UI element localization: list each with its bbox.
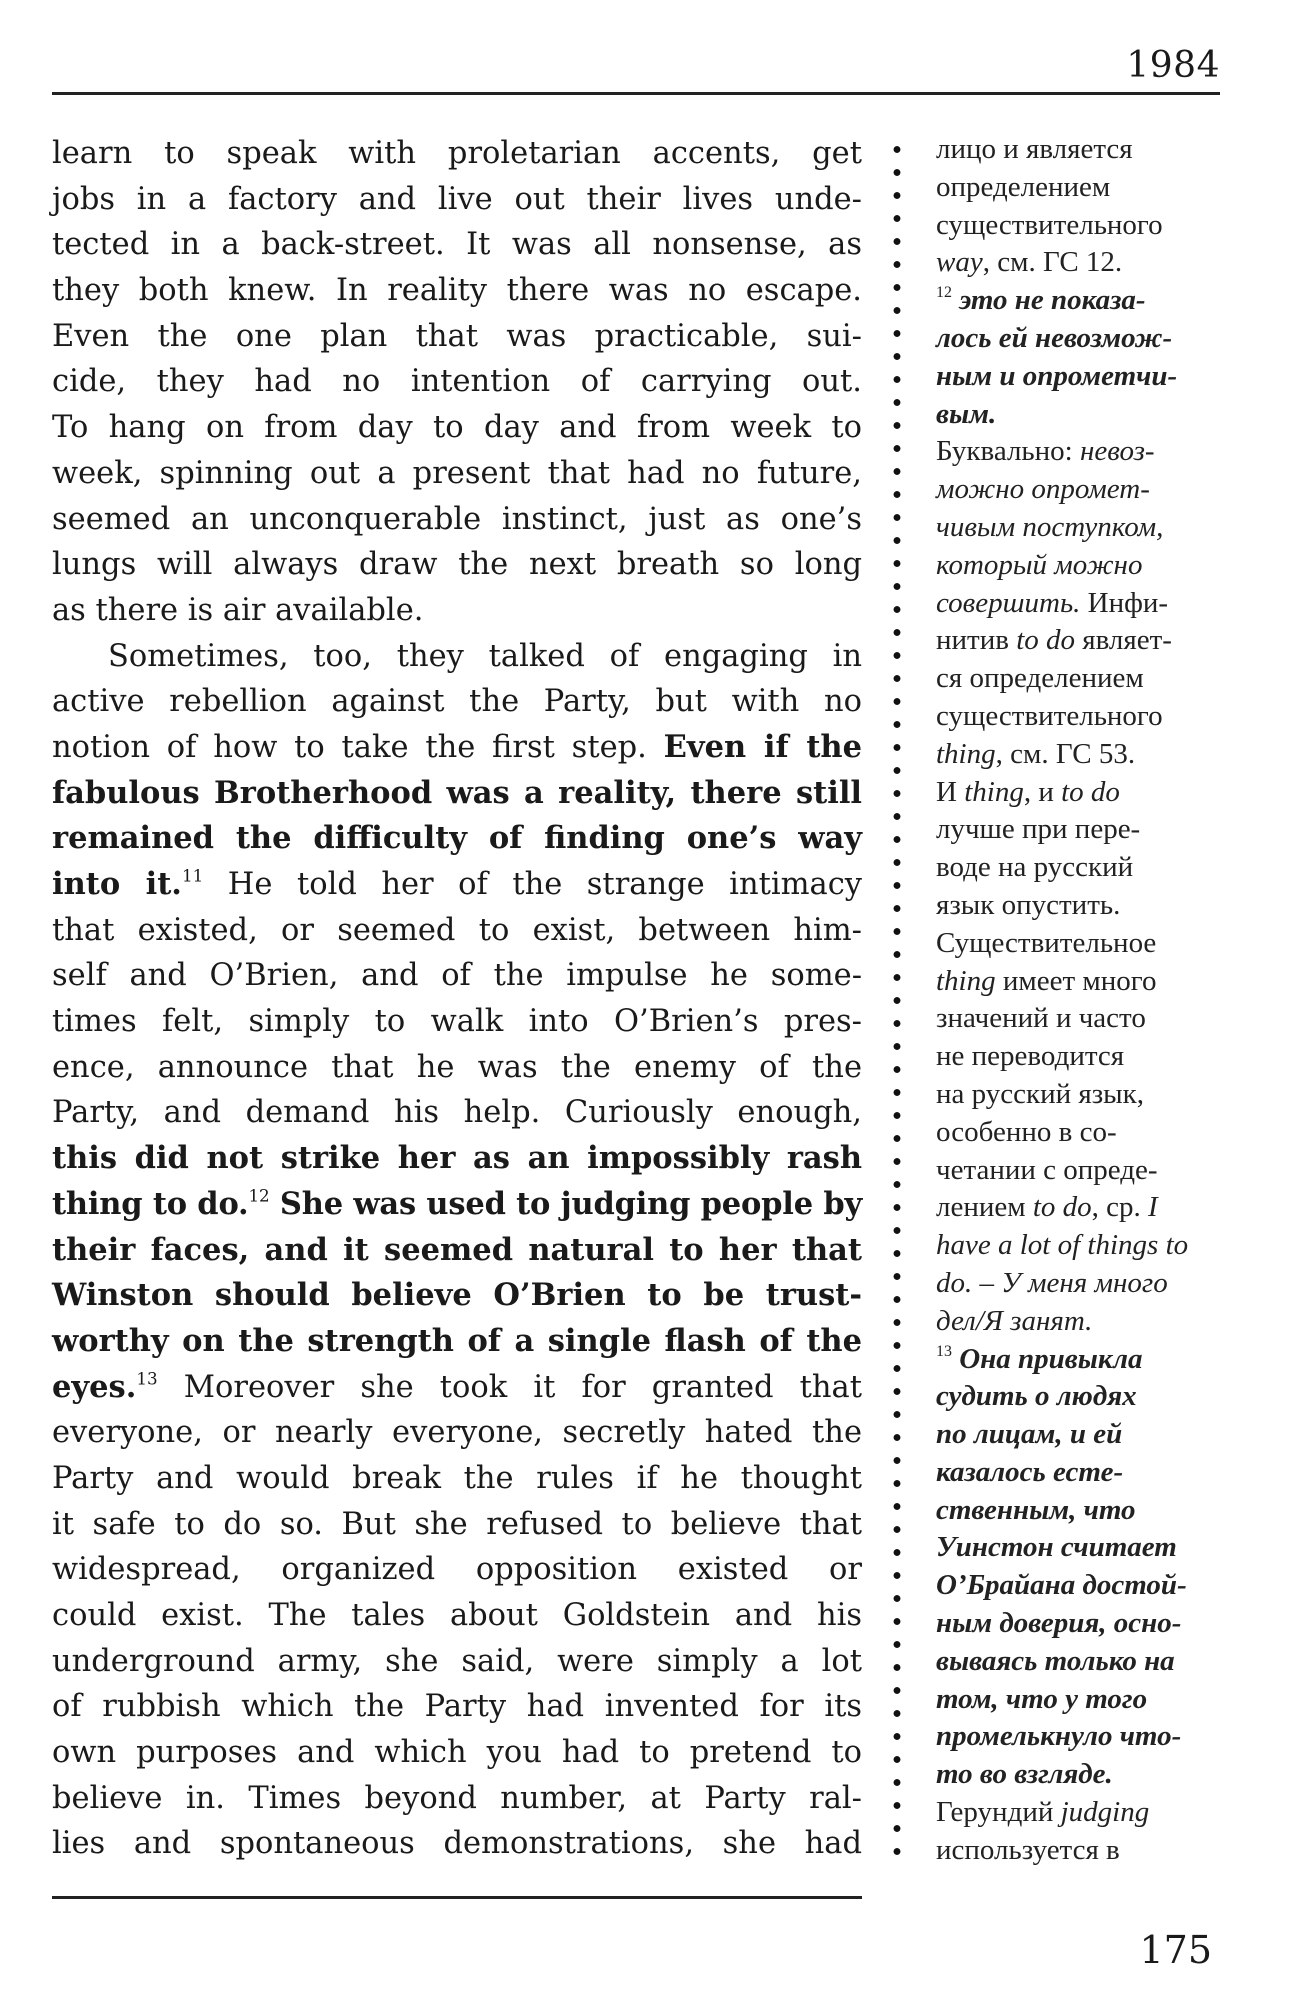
line-content: lies and spontaneous demonstrations, she… bbox=[52, 1826, 862, 1861]
note-line: лучше при пере- bbox=[936, 811, 1236, 849]
note-line: ным доверия, осно- bbox=[936, 1605, 1236, 1643]
footnote-marker: 12 bbox=[249, 1185, 270, 1205]
note-line: особенно в со- bbox=[936, 1114, 1236, 1152]
text-segment: He told her of the strange intimacy bbox=[203, 867, 862, 902]
line-content: everyone, or nearly everyone, secretly h… bbox=[52, 1415, 862, 1450]
italic-text: to do bbox=[1016, 624, 1075, 656]
text-segment: tected in a back-street. It was all nons… bbox=[52, 227, 862, 262]
note-line: совершить. Инфи- bbox=[936, 585, 1236, 623]
italic-text: дел/Я занят. bbox=[936, 1305, 1092, 1337]
text-segment: notion of how to take the first step. bbox=[52, 730, 664, 765]
line-content: вываясь только на bbox=[936, 1645, 1175, 1677]
text-line: this did not strike her as an impossibly… bbox=[52, 1136, 862, 1182]
note-line: лось ей невозмож- bbox=[936, 320, 1236, 358]
line-content: ным доверия, осно- bbox=[936, 1607, 1181, 1639]
line-content: то во взгляде. bbox=[936, 1758, 1113, 1790]
text-segment: own purposes and which you had to preten… bbox=[52, 1735, 862, 1770]
line-content: ся определением bbox=[936, 662, 1144, 694]
line-content: that existed, or seemed to exist, betwee… bbox=[52, 913, 862, 948]
line-content: To hang on from day to day and from week… bbox=[52, 410, 862, 445]
text-segment: times felt, simply to walk into O’Brien’… bbox=[52, 1004, 862, 1039]
bold-italic-text: то во взгляде. bbox=[936, 1758, 1113, 1790]
line-content: Party and would break the rules if he th… bbox=[52, 1461, 862, 1496]
note-line: язык опустить. bbox=[936, 887, 1236, 925]
text-segment: as there is air available. bbox=[52, 593, 423, 628]
note-line: том, что у того bbox=[936, 1681, 1236, 1719]
line-content: Буквально: невоз- bbox=[936, 435, 1155, 467]
text-segment: Буквально: bbox=[936, 435, 1080, 467]
running-head-title: 1984 bbox=[1100, 44, 1220, 88]
text-segment: имеет много bbox=[996, 965, 1157, 997]
text-segment: , ср. bbox=[1092, 1191, 1148, 1223]
text-line: Winston should believe O’Brien to be tru… bbox=[52, 1273, 862, 1319]
bold-text: worthy on the strength of a single flash… bbox=[52, 1323, 862, 1359]
text-line: fabulous Brotherhood was a reality, ther… bbox=[52, 771, 862, 817]
text-line: jobs in a factory and live out their liv… bbox=[52, 177, 862, 223]
italic-text: который можно bbox=[936, 549, 1142, 581]
text-segment: lies and spontaneous demonstrations, she… bbox=[52, 1826, 862, 1861]
bold-italic-text: вываясь только на bbox=[936, 1645, 1175, 1677]
bold-text: eyes. bbox=[52, 1369, 136, 1405]
line-content: worthy on the strength of a single flash… bbox=[52, 1324, 862, 1359]
footer-rule bbox=[52, 1896, 862, 1899]
text-line: lies and spontaneous demonstrations, she… bbox=[52, 1821, 862, 1867]
bold-italic-text: казалось есте- bbox=[936, 1456, 1123, 1488]
bold-italic-text: ственным, что bbox=[936, 1494, 1136, 1526]
line-content: lungs will always draw the next breath s… bbox=[52, 547, 862, 582]
note-line: который можно bbox=[936, 547, 1236, 585]
note-line: можно опромет- bbox=[936, 471, 1236, 509]
italic-text: to do bbox=[1033, 1191, 1092, 1223]
line-content: own purposes and which you had to preten… bbox=[52, 1735, 862, 1770]
bold-italic-text: вым. bbox=[936, 398, 996, 430]
text-segment: seemed an unconquerable instinct, just a… bbox=[52, 502, 862, 537]
bold-italic-text: судить о людях bbox=[936, 1380, 1137, 1412]
text-segment: И bbox=[936, 776, 964, 808]
line-content: this did not strike her as an impossibly… bbox=[52, 1141, 862, 1176]
line-content: нитив to do являет- bbox=[936, 624, 1172, 656]
text-segment: воде на русский bbox=[936, 851, 1133, 883]
line-content: they both knew. In reality there was no … bbox=[52, 273, 862, 308]
line-content: вым. bbox=[936, 398, 996, 430]
text-line: of rubbish which the Party had invented … bbox=[52, 1684, 862, 1730]
header-rule bbox=[52, 92, 1220, 95]
text-line: times felt, simply to walk into O’Brien’… bbox=[52, 999, 862, 1045]
note-line: have a lot of things to bbox=[936, 1227, 1236, 1265]
line-content: можно опромет- bbox=[936, 473, 1150, 505]
line-content: jobs in a factory and live out their liv… bbox=[52, 182, 862, 217]
text-segment: Герундий bbox=[936, 1796, 1061, 1828]
note-line: лицо и является bbox=[936, 131, 1236, 169]
bold-text: thing to do. bbox=[52, 1186, 249, 1222]
line-content: четании с опреде- bbox=[936, 1154, 1158, 1186]
italic-text: thing bbox=[964, 776, 1024, 808]
italic-text: have a lot of things to bbox=[936, 1229, 1188, 1261]
note-line: дел/Я занят. bbox=[936, 1303, 1236, 1341]
note-line: Герундий judging bbox=[936, 1794, 1236, 1832]
italic-text: совершить. bbox=[936, 587, 1080, 619]
italic-text: можно опромет- bbox=[936, 473, 1150, 505]
line-content: could exist. The tales about Goldstein a… bbox=[52, 1598, 862, 1633]
note-line: thing имеет много bbox=[936, 963, 1236, 1001]
text-segment: существительного bbox=[936, 700, 1163, 732]
note-line: существительного bbox=[936, 698, 1236, 736]
text-line: To hang on from day to day and from week… bbox=[52, 405, 862, 451]
text-line: Sometimes, too, they talked of engaging … bbox=[52, 634, 862, 680]
line-content: казалось есте- bbox=[936, 1456, 1123, 1488]
line-content: не переводится bbox=[936, 1040, 1124, 1072]
text-line: everyone, or nearly everyone, secretly h… bbox=[52, 1410, 862, 1456]
footnote-marker: 13 bbox=[136, 1368, 157, 1388]
line-content: на русский язык, bbox=[936, 1078, 1144, 1110]
bold-italic-text: лось ей невозмож- bbox=[936, 322, 1172, 354]
italic-text: чивым поступком, bbox=[936, 511, 1163, 543]
line-content: язык опустить. bbox=[936, 889, 1120, 921]
text-segment: self and O’Brien, and of the impulse he … bbox=[52, 958, 862, 993]
line-content: Уинстон считает bbox=[936, 1531, 1177, 1563]
note-line: do. – У меня много bbox=[936, 1265, 1236, 1303]
line-content: лицо и является bbox=[936, 133, 1133, 165]
line-content: 13 Она привыкла bbox=[936, 1343, 1142, 1375]
line-content: have a lot of things to bbox=[936, 1229, 1188, 1261]
main-text-column: learn to speak with proletarian accents,… bbox=[52, 131, 862, 1867]
page-number: 175 bbox=[1100, 1928, 1212, 1972]
note-line: ственным, что bbox=[936, 1492, 1236, 1530]
note-line: Буквально: невоз- bbox=[936, 433, 1236, 471]
line-content: промелькнуло что- bbox=[936, 1720, 1181, 1752]
text-line: widespread, organized opposition existed… bbox=[52, 1547, 862, 1593]
note-line: судить о людях bbox=[936, 1378, 1236, 1416]
line-content: существительного bbox=[936, 209, 1163, 241]
line-content: cide, they had no intention of carrying … bbox=[52, 364, 862, 399]
text-segment: that existed, or seemed to exist, betwee… bbox=[52, 913, 862, 948]
text-segment: нитив bbox=[936, 624, 1016, 656]
text-segment: язык опустить. bbox=[936, 889, 1120, 921]
note-line: Уинстон считает bbox=[936, 1529, 1236, 1567]
line-content: лось ей невозмож- bbox=[936, 322, 1172, 354]
line-content: notion of how to take the first step. Ev… bbox=[52, 730, 862, 765]
text-segment: Party, and demand his help. Curiously en… bbox=[52, 1095, 862, 1130]
line-content: Sometimes, too, they talked of engaging … bbox=[108, 639, 862, 674]
line-content: определением bbox=[936, 171, 1110, 203]
line-content: том, что у того bbox=[936, 1683, 1147, 1715]
line-content: learn to speak with proletarian accents,… bbox=[52, 136, 862, 171]
line-content: thing имеет много bbox=[936, 965, 1156, 997]
bold-text: into it. bbox=[52, 866, 182, 902]
line-content: widespread, organized opposition existed… bbox=[52, 1552, 862, 1587]
text-segment: лицо и является bbox=[936, 133, 1133, 165]
text-line: that existed, or seemed to exist, betwee… bbox=[52, 908, 862, 954]
line-content: Существительное bbox=[936, 927, 1156, 959]
line-content: week, spinning out a present that had no… bbox=[52, 456, 862, 491]
text-segment: Even the one plan that was practicable, … bbox=[52, 319, 862, 354]
text-line: thing to do.12 She was used to judging p… bbox=[52, 1182, 862, 1228]
note-line: thing, см. ГС 53. bbox=[936, 736, 1236, 774]
text-segment: they both knew. In reality there was no … bbox=[52, 273, 862, 308]
italic-text: judging bbox=[1061, 1796, 1150, 1828]
text-segment: , см. ГС 53. bbox=[996, 738, 1135, 770]
italic-text: do. – У меня много bbox=[936, 1267, 1168, 1299]
text-line: their faces, and it seemed natural to he… bbox=[52, 1228, 862, 1274]
note-line: используется в bbox=[936, 1832, 1236, 1870]
line-content: который можно bbox=[936, 549, 1142, 581]
note-line: 13 Она привыкла bbox=[936, 1341, 1236, 1379]
note-line: вым. bbox=[936, 396, 1236, 434]
note-line: чивым поступком, bbox=[936, 509, 1236, 547]
text-segment: Существительное bbox=[936, 927, 1156, 959]
line-content: of rubbish which the Party had invented … bbox=[52, 1689, 862, 1724]
text-segment: ся определением bbox=[936, 662, 1144, 694]
line-content: ственным, что bbox=[936, 1494, 1136, 1526]
text-segment: Sometimes, too, they talked of engaging … bbox=[108, 639, 862, 674]
text-segment: лучше при пере- bbox=[936, 813, 1140, 845]
line-content: it safe to do so. But she refused to bel… bbox=[52, 1507, 862, 1542]
note-line: казалось есте- bbox=[936, 1454, 1236, 1492]
line-content: thing, см. ГС 53. bbox=[936, 738, 1135, 770]
line-content: значений и часто bbox=[936, 1002, 1146, 1034]
line-content: active rebellion against the Party, but … bbox=[52, 684, 862, 719]
line-content: into it.11 He told her of the strange in… bbox=[52, 867, 862, 902]
dotted-column-separator bbox=[893, 138, 901, 1864]
italic-text: to do bbox=[1061, 776, 1120, 808]
line-content: tected in a back-street. It was all nons… bbox=[52, 227, 862, 262]
line-content: thing to do.12 She was used to judging p… bbox=[52, 1187, 862, 1222]
note-line: О’Брайана достой- bbox=[936, 1567, 1236, 1605]
bold-text: this did not strike her as an impossibly… bbox=[52, 1140, 862, 1176]
line-content: О’Брайана достой- bbox=[936, 1569, 1187, 1601]
text-segment: ence, announce that he was the enemy of … bbox=[52, 1050, 862, 1085]
line-content: лучше при пере- bbox=[936, 813, 1140, 845]
line-content: по лицам, и ей bbox=[936, 1418, 1122, 1450]
text-segment: существительного bbox=[936, 209, 1163, 241]
bold-text: Winston should believe O’Brien to be tru… bbox=[52, 1277, 862, 1313]
text-segment: особенно в со- bbox=[936, 1116, 1117, 1148]
text-segment: на русский язык, bbox=[936, 1078, 1144, 1110]
note-line: определением bbox=[936, 169, 1236, 207]
text-segment: , и bbox=[1024, 776, 1061, 808]
note-line: way, см. ГС 12. bbox=[936, 244, 1236, 282]
line-content: do. – У меня много bbox=[936, 1267, 1168, 1299]
line-content: as there is air available. bbox=[52, 593, 423, 628]
note-line: промелькнуло что- bbox=[936, 1718, 1236, 1756]
line-content: особенно в со- bbox=[936, 1116, 1117, 1148]
note-line: ся определением bbox=[936, 660, 1236, 698]
text-line: own purposes and which you had to preten… bbox=[52, 1730, 862, 1776]
text-segment: Party and would break the rules if he th… bbox=[52, 1461, 862, 1496]
text-segment: underground army, she said, were simply … bbox=[52, 1644, 862, 1679]
text-segment: could exist. The tales about Goldstein a… bbox=[52, 1598, 862, 1633]
footnote-marker: 11 bbox=[182, 865, 203, 885]
text-segment: To hang on from day to day and from week… bbox=[52, 410, 862, 445]
line-content: way, см. ГС 12. bbox=[936, 246, 1122, 278]
italic-text: thing bbox=[936, 738, 996, 770]
text-line: seemed an unconquerable instinct, just a… bbox=[52, 497, 862, 543]
bold-italic-text: промелькнуло что- bbox=[936, 1720, 1181, 1752]
text-line: learn to speak with proletarian accents,… bbox=[52, 131, 862, 177]
text-line: notion of how to take the first step. Ev… bbox=[52, 725, 862, 771]
note-line: лением to do, ср. I bbox=[936, 1189, 1236, 1227]
text-line: it safe to do so. But she refused to bel… bbox=[52, 1502, 862, 1548]
italic-text: I bbox=[1148, 1191, 1158, 1223]
text-line: as there is air available. bbox=[52, 588, 862, 634]
text-segment: everyone, or nearly everyone, secretly h… bbox=[52, 1415, 862, 1450]
text-segment: lungs will always draw the next breath s… bbox=[52, 547, 862, 582]
text-line: Even the one plan that was practicable, … bbox=[52, 314, 862, 360]
line-content: дел/Я занят. bbox=[936, 1305, 1092, 1337]
text-segment: Moreover she took it for granted that bbox=[158, 1370, 862, 1405]
line-content: 12 это не показа- bbox=[936, 284, 1146, 316]
note-line: Существительное bbox=[936, 925, 1236, 963]
note-line: не переводится bbox=[936, 1038, 1236, 1076]
bold-text: fabulous Brotherhood was a reality, ther… bbox=[52, 775, 862, 811]
text-line: believe in. Times beyond number, at Part… bbox=[52, 1776, 862, 1822]
text-segment: jobs in a factory and live out their liv… bbox=[52, 182, 862, 217]
bold-text: Even if the bbox=[664, 729, 862, 765]
line-content: Party, and demand his help. Curiously en… bbox=[52, 1095, 862, 1130]
line-content: seemed an unconquerable instinct, just a… bbox=[52, 502, 862, 537]
note-line: четании с опреде- bbox=[936, 1152, 1236, 1190]
note-line: на русский язык, bbox=[936, 1076, 1236, 1114]
italic-text: way bbox=[936, 246, 983, 278]
bold-italic-text: О’Брайана достой- bbox=[936, 1569, 1187, 1601]
line-content: remained the difficulty of finding one’s… bbox=[52, 821, 862, 856]
text-segment: cide, they had no intention of carrying … bbox=[52, 364, 862, 399]
line-content: лением to do, ср. I bbox=[936, 1191, 1158, 1223]
note-line: то во взгляде. bbox=[936, 1756, 1236, 1794]
line-content: И thing, и to do bbox=[936, 776, 1120, 808]
note-line: значений и часто bbox=[936, 1000, 1236, 1038]
text-line: week, spinning out a present that had no… bbox=[52, 451, 862, 497]
line-content: times felt, simply to walk into O’Brien’… bbox=[52, 1004, 862, 1039]
text-segment: лением bbox=[936, 1191, 1033, 1223]
note-line: И thing, и to do bbox=[936, 774, 1236, 812]
line-content: underground army, she said, were simply … bbox=[52, 1644, 862, 1679]
bold-italic-text: ным доверия, осно- bbox=[936, 1607, 1181, 1639]
note-line: существительного bbox=[936, 207, 1236, 245]
text-line: lungs will always draw the next breath s… bbox=[52, 542, 862, 588]
line-content: Even the one plan that was practicable, … bbox=[52, 319, 862, 354]
note-line: по лицам, и ей bbox=[936, 1416, 1236, 1454]
footnote-marker: 13 bbox=[936, 1343, 952, 1360]
bold-text: She was used to judging people by bbox=[269, 1186, 862, 1222]
text-line: could exist. The tales about Goldstein a… bbox=[52, 1593, 862, 1639]
line-content: ным и опрометчи- bbox=[936, 360, 1177, 392]
line-content: совершить. Инфи- bbox=[936, 587, 1168, 619]
line-content: существительного bbox=[936, 700, 1163, 732]
note-line: вываясь только на bbox=[936, 1643, 1236, 1681]
text-segment: active rebellion against the Party, but … bbox=[52, 684, 862, 719]
note-line: воде на русский bbox=[936, 849, 1236, 887]
line-content: believe in. Times beyond number, at Part… bbox=[52, 1781, 862, 1816]
text-line: Party and would break the rules if he th… bbox=[52, 1456, 862, 1502]
text-segment: believe in. Times beyond number, at Part… bbox=[52, 1781, 862, 1816]
text-line: self and O’Brien, and of the impulse he … bbox=[52, 953, 862, 999]
text-line: Party, and demand his help. Curiously en… bbox=[52, 1090, 862, 1136]
text-line: into it.11 He told her of the strange in… bbox=[52, 862, 862, 908]
line-content: self and O’Brien, and of the impulse he … bbox=[52, 958, 862, 993]
line-content: Герундий judging bbox=[936, 1796, 1149, 1828]
text-line: underground army, she said, were simply … bbox=[52, 1639, 862, 1685]
bold-italic-text: Уинстон считает bbox=[936, 1531, 1177, 1563]
text-segment: являет- bbox=[1075, 624, 1172, 656]
bold-text: remained the difficulty of finding one’s… bbox=[52, 820, 862, 856]
text-line: they both knew. In reality there was no … bbox=[52, 268, 862, 314]
text-line: worthy on the strength of a single flash… bbox=[52, 1319, 862, 1365]
text-line: cide, they had no intention of carrying … bbox=[52, 359, 862, 405]
bold-italic-text: ным и опрометчи- bbox=[936, 360, 1177, 392]
text-segment: week, spinning out a present that had no… bbox=[52, 456, 862, 491]
side-notes-column: лицо и являетсяопределениемсуществительн… bbox=[936, 131, 1236, 1870]
text-line: eyes.13 Moreover she took it for granted… bbox=[52, 1365, 862, 1411]
text-line: active rebellion against the Party, but … bbox=[52, 679, 862, 725]
note-line: 12 это не показа- bbox=[936, 282, 1236, 320]
italic-text: thing bbox=[936, 965, 996, 997]
text-segment: it safe to do so. But she refused to bel… bbox=[52, 1507, 862, 1542]
line-content: воде на русский bbox=[936, 851, 1133, 883]
note-line: ным и опрометчи- bbox=[936, 358, 1236, 396]
text-segment: не переводится bbox=[936, 1040, 1124, 1072]
bold-italic-text: том, что у того bbox=[936, 1683, 1147, 1715]
text-segment: определением bbox=[936, 171, 1110, 203]
note-line: нитив to do являет- bbox=[936, 622, 1236, 660]
text-line: ence, announce that he was the enemy of … bbox=[52, 1045, 862, 1091]
text-segment: learn to speak with proletarian accents,… bbox=[52, 136, 862, 171]
text-segment: используется в bbox=[936, 1834, 1120, 1866]
text-line: tected in a back-street. It was all nons… bbox=[52, 222, 862, 268]
line-content: their faces, and it seemed natural to he… bbox=[52, 1233, 862, 1268]
bold-italic-text: по лицам, и ей bbox=[936, 1418, 1122, 1450]
text-segment: widespread, organized opposition existed… bbox=[52, 1552, 862, 1587]
line-content: используется в bbox=[936, 1834, 1120, 1866]
text-segment: of rubbish which the Party had invented … bbox=[52, 1689, 862, 1724]
footnote-marker: 12 bbox=[936, 284, 952, 301]
line-content: Winston should believe O’Brien to be tru… bbox=[52, 1278, 862, 1313]
text-segment: , см. ГС 12. bbox=[983, 246, 1122, 278]
bold-text: their faces, and it seemed natural to he… bbox=[52, 1232, 862, 1268]
italic-text: невоз- bbox=[1080, 435, 1155, 467]
bold-italic-text: Она привыкла bbox=[952, 1343, 1143, 1375]
line-content: чивым поступком, bbox=[936, 511, 1163, 543]
text-line: remained the difficulty of finding one’s… bbox=[52, 816, 862, 862]
text-segment: четании с опреде- bbox=[936, 1154, 1158, 1186]
line-content: fabulous Brotherhood was a reality, ther… bbox=[52, 776, 862, 811]
line-content: судить о людях bbox=[936, 1380, 1137, 1412]
line-content: eyes.13 Moreover she took it for granted… bbox=[52, 1370, 862, 1405]
bold-italic-text: это не показа- bbox=[952, 284, 1146, 316]
line-content: ence, announce that he was the enemy of … bbox=[52, 1050, 862, 1085]
text-segment: значений и часто bbox=[936, 1002, 1146, 1034]
text-segment: Инфи- bbox=[1080, 587, 1168, 619]
